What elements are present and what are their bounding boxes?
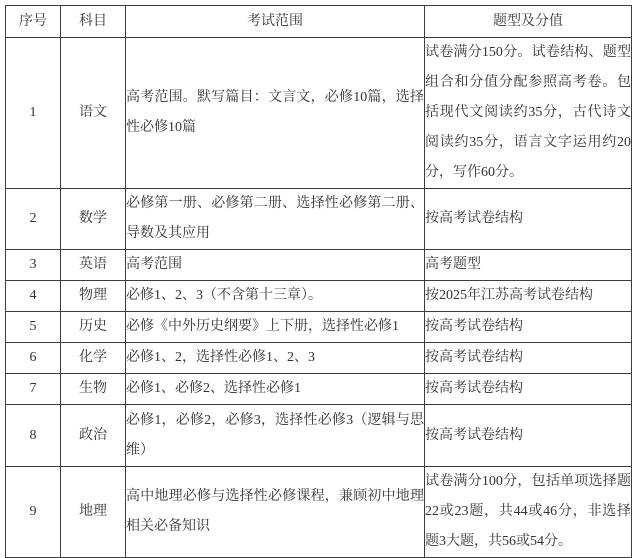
- cell-subject: 语文: [61, 38, 126, 189]
- table-row: 5 历史 必修《中外历史纲要》上下册，选择性必修1 按高考试卷结构: [6, 312, 632, 343]
- col-header-no: 序号: [6, 6, 61, 38]
- cell-format: 按高考试卷结构: [425, 189, 632, 250]
- col-header-scope: 考试范围: [126, 6, 425, 38]
- cell-no: 7: [6, 374, 61, 405]
- cell-scope: 必修1，必修2，必修3，选择性必修3（逻辑与思维）: [126, 405, 425, 467]
- table-row: 9 地理 高中地理必修与选择性必修课程，兼顾初中地理相关必备知识 试卷满分100…: [6, 467, 632, 558]
- cell-format: 按高考试卷结构: [425, 374, 632, 405]
- table-row: 3 英语 高考范围 高考题型: [6, 250, 632, 281]
- cell-scope: 必修第一册、必修第二册、选择性必修第二册、导数及其应用: [126, 189, 425, 250]
- cell-subject: 生物: [61, 374, 126, 405]
- cell-format: 按2025年江苏高考试卷结构: [425, 281, 632, 312]
- cell-no: 2: [6, 189, 61, 250]
- cell-scope: 必修1、2，选择性必修1、2、3: [126, 343, 425, 374]
- cell-format: 高考题型: [425, 250, 632, 281]
- cell-subject: 物理: [61, 281, 126, 312]
- cell-format: 试卷满分100分，包括单项选择题22或23题，共44或46分，非选择题3大题，共…: [425, 467, 632, 558]
- cell-no: 1: [6, 38, 61, 189]
- table-header-row: 序号 科目 考试范围 题型及分值: [6, 6, 632, 38]
- cell-scope: 高考范围。默写篇目：文言文，必修10篇，选择性必修10篇: [126, 38, 425, 189]
- cell-no: 6: [6, 343, 61, 374]
- cell-subject: 地理: [61, 467, 126, 558]
- table-row: 6 化学 必修1、2，选择性必修1、2、3 按高考试卷结构: [6, 343, 632, 374]
- cell-scope: 必修1、2、3（不含第十三章）。: [126, 281, 425, 312]
- col-header-subject: 科目: [61, 6, 126, 38]
- cell-subject: 历史: [61, 312, 126, 343]
- cell-no: 5: [6, 312, 61, 343]
- cell-format: 按高考试卷结构: [425, 405, 632, 467]
- cell-subject: 政治: [61, 405, 126, 467]
- cell-scope: 必修1、必修2、选择性必修1: [126, 374, 425, 405]
- cell-format: 试卷满分150分。试卷结构、题型组合和分值分配参照高考卷。包括现代文阅读约35分…: [425, 38, 632, 189]
- cell-no: 3: [6, 250, 61, 281]
- table-row: 7 生物 必修1、必修2、选择性必修1 按高考试卷结构: [6, 374, 632, 405]
- cell-scope: 高中地理必修与选择性必修课程，兼顾初中地理相关必备知识: [126, 467, 425, 558]
- cell-no: 8: [6, 405, 61, 467]
- cell-subject: 化学: [61, 343, 126, 374]
- cell-subject: 英语: [61, 250, 126, 281]
- cell-format: 按高考试卷结构: [425, 312, 632, 343]
- table-row: 1 语文 高考范围。默写篇目：文言文，必修10篇，选择性必修10篇 试卷满分15…: [6, 38, 632, 189]
- cell-scope: 必修《中外历史纲要》上下册，选择性必修1: [126, 312, 425, 343]
- exam-scope-table: 序号 科目 考试范围 题型及分值 1 语文 高考范围。默写篇目：文言文，必修10…: [5, 5, 632, 558]
- cell-subject: 数学: [61, 189, 126, 250]
- table-row: 8 政治 必修1，必修2，必修3，选择性必修3（逻辑与思维） 按高考试卷结构: [6, 405, 632, 467]
- document-page: 序号 科目 考试范围 题型及分值 1 语文 高考范围。默写篇目：文言文，必修10…: [0, 0, 636, 556]
- cell-no: 9: [6, 467, 61, 558]
- cell-format: 按高考试卷结构: [425, 343, 632, 374]
- cell-no: 4: [6, 281, 61, 312]
- table-row: 4 物理 必修1、2、3（不含第十三章）。 按2025年江苏高考试卷结构: [6, 281, 632, 312]
- col-header-format: 题型及分值: [425, 6, 632, 38]
- cell-scope: 高考范围: [126, 250, 425, 281]
- table-row: 2 数学 必修第一册、必修第二册、选择性必修第二册、导数及其应用 按高考试卷结构: [6, 189, 632, 250]
